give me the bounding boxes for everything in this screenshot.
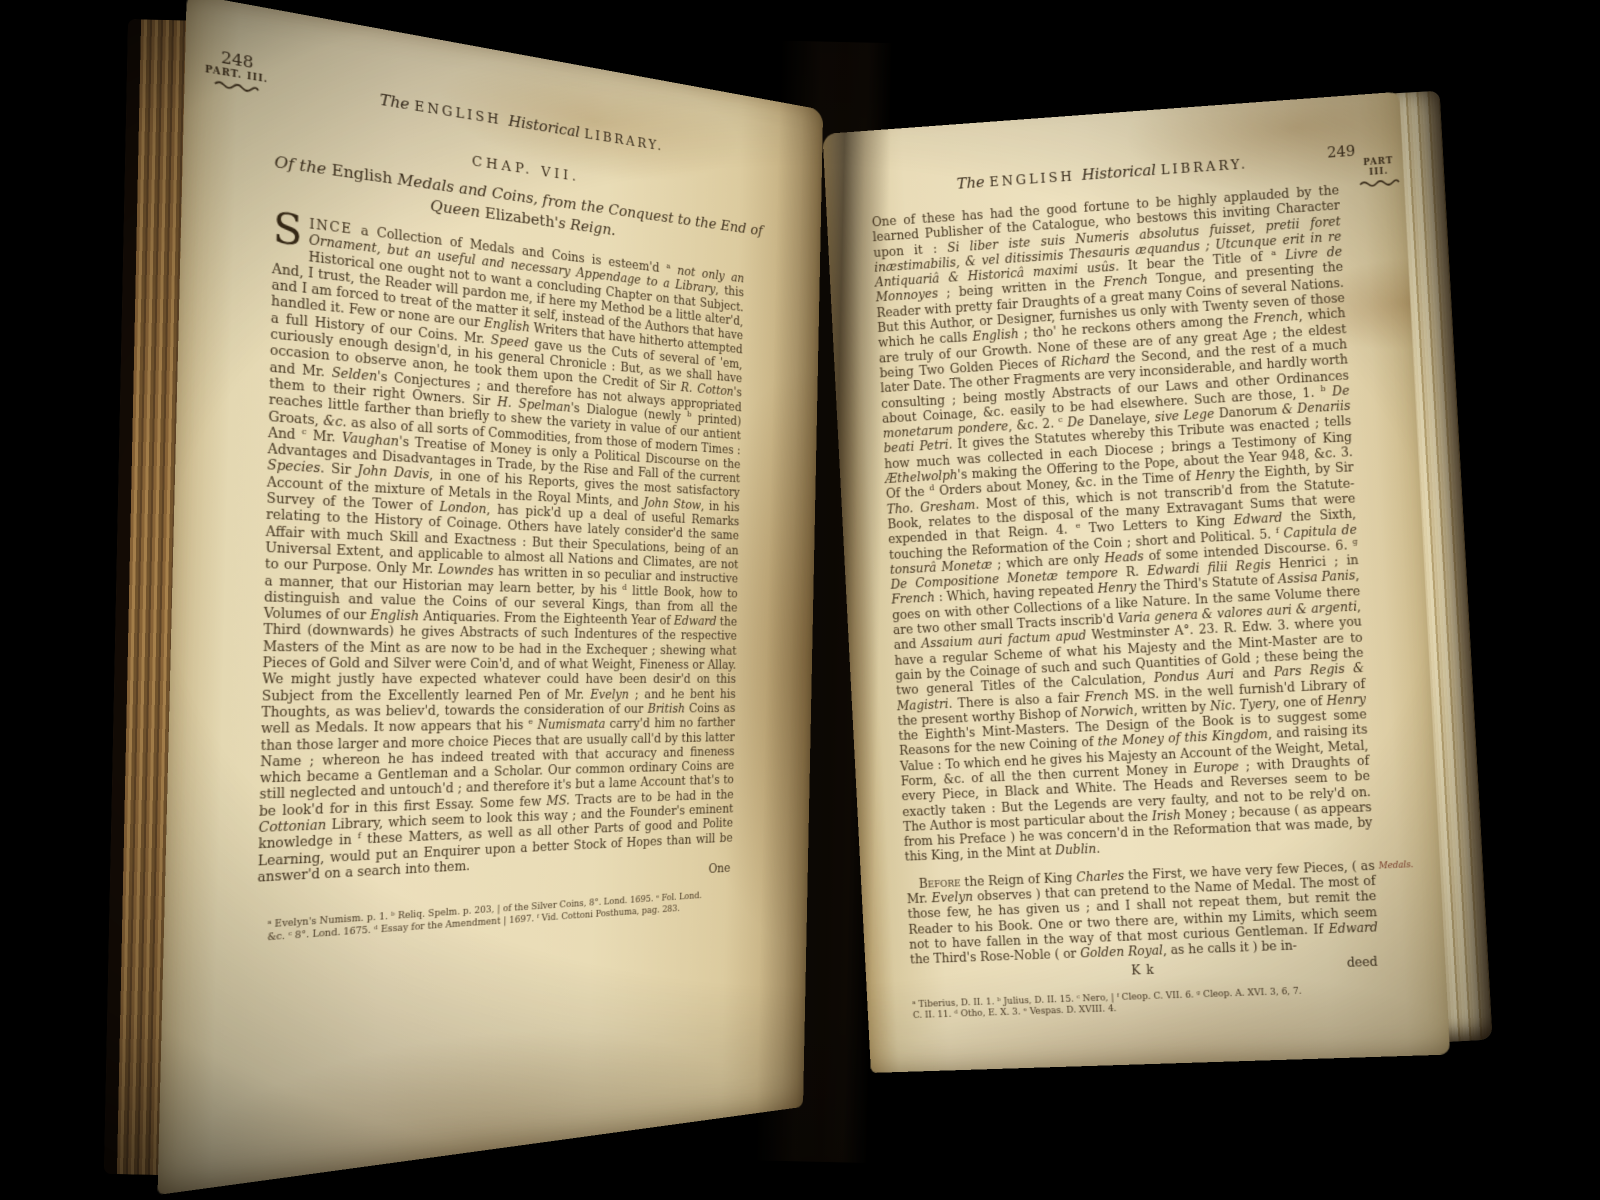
left-page-header: 248 PART. III. The ENGLISH Historical LI…: [276, 72, 747, 173]
right-page: The ENGLISH Historical LIBRARY. 249 PART…: [822, 92, 1450, 1073]
drop-cap: S: [272, 212, 309, 249]
book-photo: 248 PART. III. The ENGLISH Historical LI…: [0, 0, 1600, 1200]
right-body-paragraph-1: One of these has had the good fortune to…: [872, 183, 1374, 865]
part-label: PART III.: [1352, 155, 1406, 179]
running-title: The ENGLISH Historical LIBRARY.: [956, 154, 1248, 193]
right-body-paragraph-2: Before the Reign of King Charles the Fir…: [906, 858, 1379, 968]
left-page-content: 248 PART. III. The ENGLISH Historical LI…: [256, 72, 747, 946]
squiggle-ornament: [1359, 177, 1400, 188]
left-body-text: SINCE a Collection of Medals and Coins i…: [257, 212, 744, 886]
right-paragraph-2-wrap: Before the Reign of King Charles the Fir…: [906, 858, 1379, 968]
left-folio-block: 248 PART. III.: [201, 44, 273, 96]
left-page: 248 PART. III. The ENGLISH Historical LI…: [158, 0, 824, 1195]
right-footnotes: ᵃ Tiberius, D. II. 1. ᵇ Julius, D. II. 1…: [912, 983, 1382, 1022]
right-page-content: The ENGLISH Historical LIBRARY. 249 PART…: [870, 147, 1382, 1023]
signature-mark: K k: [1131, 962, 1155, 977]
left-body-paragraph: INCE a Collection of Medals and Coins is…: [257, 217, 744, 885]
margin-note: Medals.: [1379, 859, 1431, 871]
right-part-block: PART III.: [1352, 155, 1406, 188]
catchword: deed: [1346, 954, 1378, 969]
